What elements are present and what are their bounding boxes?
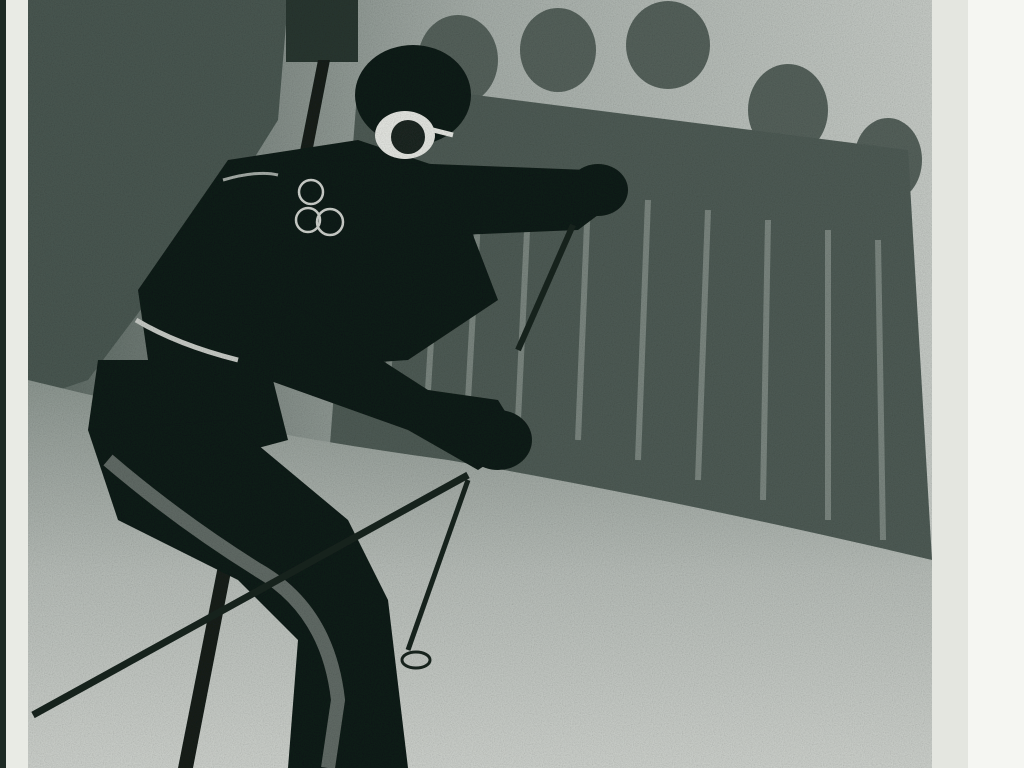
paper-edge [968,0,1024,768]
photo-left-border [6,0,28,768]
skier-photograph [28,0,932,768]
photo-right-border [932,0,968,768]
gate-flag [286,0,358,62]
